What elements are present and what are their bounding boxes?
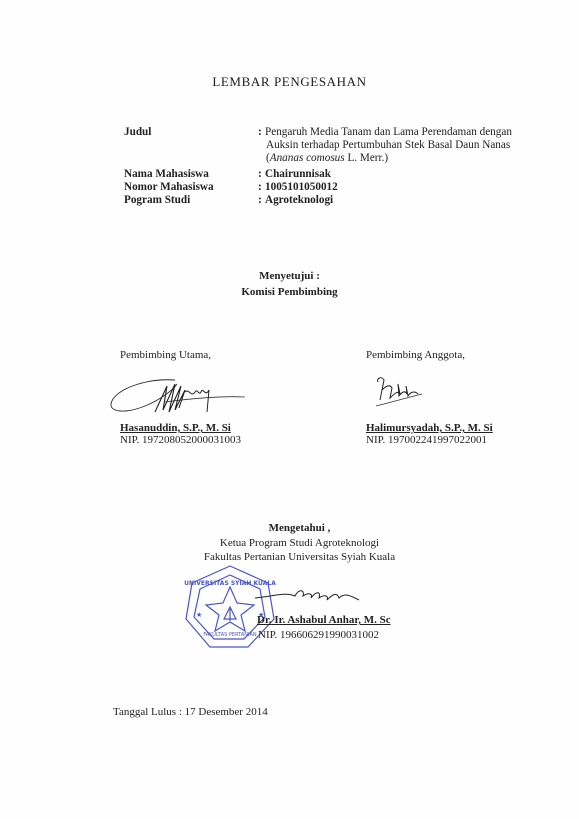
supervisor-2-nip: NIP. 197002241997022001	[366, 434, 487, 446]
judul-line2-row: Auksin terhadap Pertumbuhan Stek Basal D…	[0, 139, 579, 153]
supervisor-1-name: Hasanuddin, S.P., M. Si	[120, 422, 231, 434]
chairperson-name: Dr. Ir. Ashabul Anhar, M. Sc	[257, 614, 391, 626]
signature-3-icon	[255, 578, 365, 608]
committee-heading: Komisi Pembimbing	[0, 286, 579, 298]
judul-value-line2: Auksin terhadap Pertumbuhan Stek Basal D…	[266, 139, 510, 153]
prodi-label: Pogram Studi	[124, 194, 190, 208]
supervisor-2-role: Pembimbing Anggota,	[366, 349, 465, 361]
supervisor-2-name: Halimursyadah, S.P., M. Si	[366, 422, 493, 434]
nomor-colon: :	[258, 181, 262, 195]
judul-line3-row: (Ananas comosus L. Merr.)	[0, 152, 579, 166]
page-title: LEMBAR PENGESAHAN	[0, 74, 579, 90]
document-page: LEMBAR PENGESAHAN Judul : Pengaruh Media…	[0, 0, 579, 819]
supervisor-1-role: Pembimbing Utama,	[120, 349, 211, 361]
acknowledgement-faculty: Fakultas Pertanian Universitas Syiah Kua…	[10, 551, 579, 563]
nomor-value: 1005101050012	[265, 181, 338, 195]
prodi-value: Agroteknologi	[265, 194, 333, 208]
nomor-label: Nomor Mahasiswa	[124, 181, 214, 195]
supervisor-1-nip: NIP. 197208052000031003	[120, 434, 241, 446]
svg-text:★: ★	[196, 611, 202, 619]
nama-label: Nama Mahasiswa	[124, 168, 209, 182]
signature-1-icon	[105, 372, 245, 422]
judul-colon: :	[258, 126, 262, 140]
acknowledgement-heading: Mengetahui ,	[10, 522, 579, 534]
prodi-colon: :	[258, 194, 262, 208]
field-nama: Nama Mahasiswa : Chairunnisak	[0, 168, 579, 182]
nama-colon: :	[258, 168, 262, 182]
approval-heading: Menyetujui :	[0, 270, 579, 282]
judul-value-line1: Pengaruh Media Tanam dan Lama Perendaman…	[265, 126, 512, 140]
species-name: Ananas comosus	[270, 152, 345, 164]
signature-2-icon	[372, 372, 432, 412]
judul-value-line3: (Ananas comosus L. Merr.)	[266, 152, 388, 166]
species-author: L. Merr.)	[345, 152, 389, 164]
chairperson-nip: NIP. 196606291990031002	[258, 629, 379, 641]
stamp-bottom-text: FAKULTAS PERTANIAN	[203, 632, 257, 638]
nama-value: Chairunnisak	[265, 168, 331, 182]
acknowledgement-position: Ketua Program Studi Agroteknologi	[10, 537, 579, 549]
field-judul: Judul : Pengaruh Media Tanam dan Lama Pe…	[0, 126, 579, 140]
judul-label: Judul	[124, 126, 151, 140]
field-prodi: Pogram Studi : Agroteknologi	[0, 194, 579, 208]
field-nomor: Nomor Mahasiswa : 1005101050012	[0, 181, 579, 195]
graduation-date: Tanggal Lulus : 17 Desember 2014	[113, 706, 268, 718]
